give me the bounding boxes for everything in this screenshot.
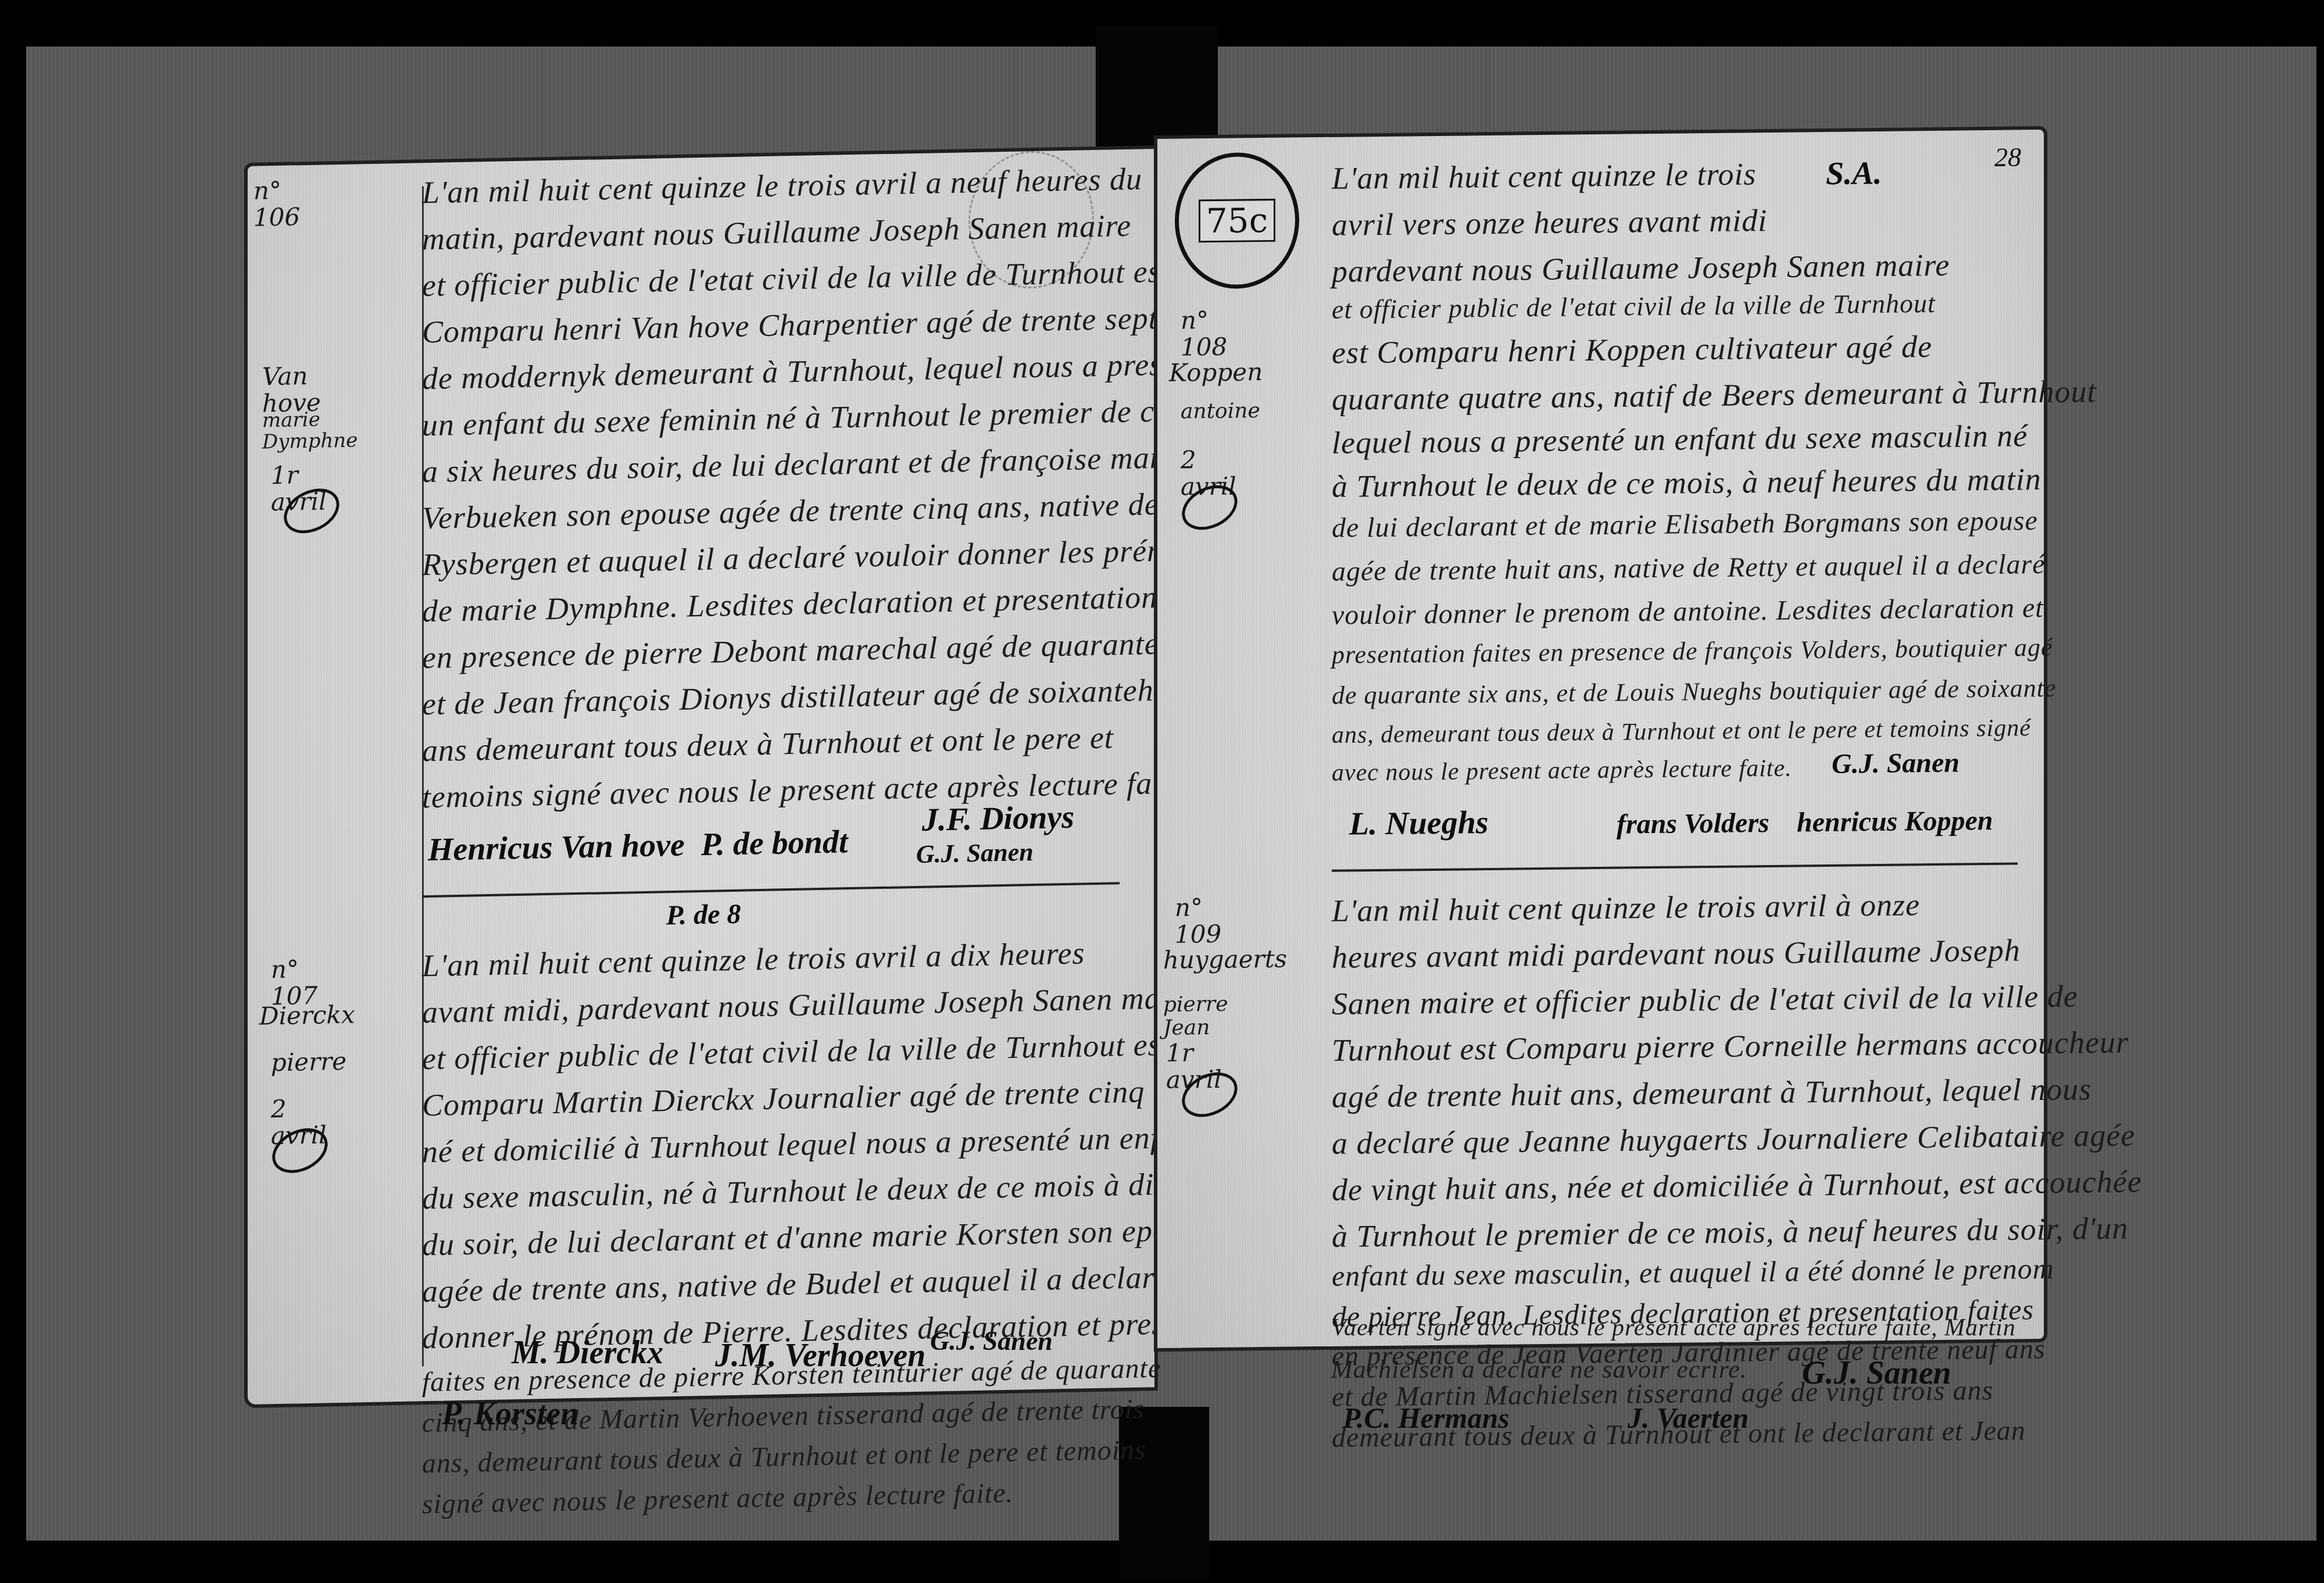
text-line: a six heures du soir, de lui declarant e… xyxy=(422,439,1186,489)
page-number: 28 xyxy=(1994,141,2021,172)
signature: henricus Koppen xyxy=(1797,805,1993,839)
text-line: avant midi, pardevant nous Guillaume Jos… xyxy=(422,980,1196,1031)
margin-surname: huygaerts xyxy=(1163,946,1287,974)
text-line: agé de trente huit ans, demeurant à Turn… xyxy=(1332,1071,2091,1115)
text-line: Sanen maire et officier public de l'etat… xyxy=(1332,978,2078,1021)
signature: M. Dierckx xyxy=(512,1334,663,1371)
signature: P.C. Hermans xyxy=(1343,1401,1510,1435)
text-line: est Comparu henri Koppen cultivateur agé… xyxy=(1332,328,1932,371)
signature: J.M. Verhoeven xyxy=(715,1337,925,1374)
signature: P. Korsten xyxy=(442,1395,578,1432)
text-line: né et domicilié à Turnhout lequel nous a… xyxy=(422,1119,1202,1170)
text-line: et de Jean françois Dionys distillateur … xyxy=(422,671,1189,722)
gutter-bottom-bar xyxy=(1119,1407,1209,1581)
text-line: Comparu Martin Dierckx Journalier agé de… xyxy=(422,1073,1199,1124)
text-line: de vingt huit ans, née et domiciliée à T… xyxy=(1332,1163,2142,1208)
text-line: presentation faites en presence de franç… xyxy=(1332,633,2053,670)
margin-given-name: marie Dymphne xyxy=(262,408,357,453)
margin-given-name: pierre Jean xyxy=(1163,993,1228,1039)
text-line: L'an mil huit cent quinze le trois avril… xyxy=(422,935,1085,984)
text-line: et officier public de l'etat civil de la… xyxy=(422,1027,1170,1077)
text-line: de lui declarant et de marie Elisabeth B… xyxy=(1332,505,2038,544)
text-line: ans, demeurant tous deux à Turnhout et o… xyxy=(1332,714,2031,749)
text-line: Rysbergen et auquel il a declaré vouloir… xyxy=(422,531,1215,583)
signature: J. Vaerten xyxy=(1628,1401,1749,1435)
text-line: heures avant midi pardevant nous Guillau… xyxy=(1332,932,2021,975)
signature: L. Nueghs xyxy=(1349,804,1489,843)
entry-number: n° 109 xyxy=(1175,894,1221,948)
text-line: L'an mil huit cent quinze le trois avril… xyxy=(1332,887,1920,929)
signature: G.J. Sanen xyxy=(930,1325,1053,1356)
text-line: Verbueken son epouse agée de trente cinq… xyxy=(422,486,1159,536)
signature: J.F. Dionys xyxy=(922,799,1074,839)
text-line: lequel nous a presenté un enfant du sexe… xyxy=(1332,417,2028,461)
text-line: avril vers onze heures avant midi xyxy=(1332,202,1767,243)
entry-separator xyxy=(422,882,1120,898)
margin-given-name: pierre xyxy=(271,1048,346,1077)
fiscal-stamp-icon: 75c xyxy=(1175,152,1299,289)
text-line: Machielsen a declaré ne savoir ecrire. xyxy=(1331,1355,1747,1384)
text-line: en presence de pierre Debont marechal ag… xyxy=(422,623,1278,676)
text-line: à Turnhout le premier de ce mois, à neuf… xyxy=(1332,1210,2128,1254)
annotation: S.A. xyxy=(1826,155,1882,192)
margin-surname: Koppen xyxy=(1169,359,1263,387)
text-line: du soir, de lui declarant et d'anne mari… xyxy=(422,1212,1213,1263)
text-line: quarante quatre ans, natif de Beers deme… xyxy=(1332,373,2096,417)
text-line: temoins signé avec nous le present acte … xyxy=(422,764,1194,815)
annotation: P. de 8 xyxy=(666,898,741,931)
text-line: un enfant du sexe feminin né à Turnhout … xyxy=(422,391,1239,443)
text-line: vouloir donner le prenom de antoine. Les… xyxy=(1332,592,2044,631)
text-line: à Turnhout le deux de ce mois, à neuf he… xyxy=(1332,461,2041,505)
entry-separator xyxy=(1332,862,2018,871)
text-line: Turnhout est Comparu pierre Corneille he… xyxy=(1332,1024,2129,1068)
text-line: agée de trente ans, native de Budel et a… xyxy=(422,1257,1272,1309)
text-line: avec nous le present acte après lecture … xyxy=(1332,755,1792,787)
text-line: pardevant nous Guillaume Joseph Sanen ma… xyxy=(1332,247,1950,290)
signature: G.J. Sanen xyxy=(1802,1355,1951,1392)
stamp-value: 75c xyxy=(1199,199,1275,242)
text-line: ans demeurant tous deux à Turnhout et on… xyxy=(422,719,1114,769)
entry-number: n° 108 xyxy=(1181,307,1227,361)
text-line: enfant du sexe masculin, et auquel il a … xyxy=(1332,1252,2054,1293)
text-line: de moddernyk demeurant à Turnhout, leque… xyxy=(422,345,1217,396)
text-line: L'an mil huit cent quinze le trois xyxy=(1332,156,1757,196)
signature: G.J. Sanen xyxy=(1832,747,1960,780)
text-line: de quarante six ans, et de Louis Nueghs … xyxy=(1332,673,2057,710)
entry-number: n° 106 xyxy=(253,177,300,231)
left-page: n° 106 Van hove marie Dymphne 1r avril L… xyxy=(244,145,1158,1408)
text-line: et officier public de l'etat civil de la… xyxy=(1332,288,1936,325)
signature: G.J. Sanen xyxy=(916,837,1034,869)
margin-surname: Dierckx xyxy=(259,1001,355,1030)
text-line: agée de trente huit ans, native de Retty… xyxy=(1332,548,2046,588)
margin-given-name: antoine xyxy=(1181,399,1260,423)
signature: Henricus Van hove xyxy=(428,827,685,869)
text-line: Vaerten signé avec nous le present acte … xyxy=(1331,1314,2016,1342)
text-line: et officier public de l'etat civil de la… xyxy=(422,253,1170,304)
text-line: de marie Dymphne. Lesdites declaration e… xyxy=(422,577,1238,629)
signature: P. de bondt xyxy=(701,823,848,863)
text-line: a declaré que Jeanne huygaerts Journalie… xyxy=(1332,1117,2135,1161)
text-line: du sexe masculin, né à Turnhout le deux … xyxy=(422,1164,1263,1216)
right-page: 75c 28 S.A. n° 108 Koppen antoine 2 avri… xyxy=(1154,126,2047,1352)
signature: frans Volders xyxy=(1617,807,1769,841)
